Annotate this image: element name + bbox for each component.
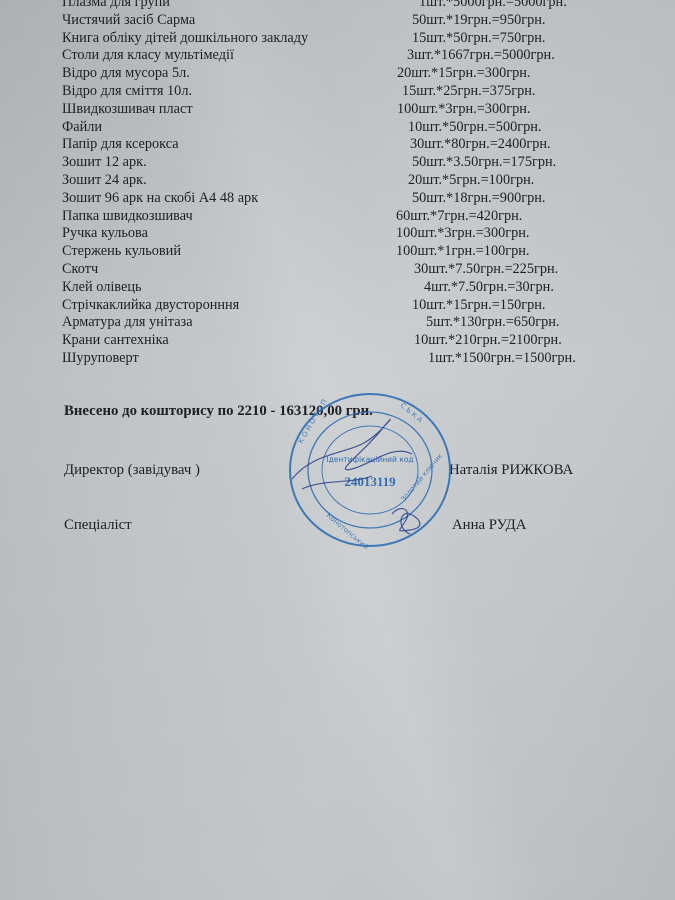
item-calculation: 3шт.*1667грн.=5000грн.	[407, 47, 555, 65]
specialist-name: Анна РУДА	[452, 517, 526, 534]
specialist-title: Спеціаліст	[64, 517, 132, 534]
item-name: Плазма для групи	[62, 0, 170, 12]
item-calculation: 100шт.*1грн.=100грн.	[396, 243, 529, 261]
item-name: Відро для мусора 5л.	[62, 65, 190, 83]
item-calculation: 30шт.*80грн.=2400грн.	[410, 136, 551, 154]
item-name: Скотч	[62, 261, 98, 279]
line-item: Арматура для унітаза5шт.*130грн.=650грн.	[62, 314, 602, 332]
item-name: Столи для класу мультімедії	[62, 47, 234, 65]
item-name: Папка швидкозшивач	[62, 208, 193, 226]
item-calculation: 10шт.*15грн.=150грн.	[412, 297, 545, 315]
item-calculation: 30шт.*7.50грн.=225грн.	[414, 261, 558, 279]
line-item: Стрічкаклийка двусторонння10шт.*15грн.=1…	[62, 297, 602, 315]
item-name: Книга обліку дітей дошкільного закладу	[62, 30, 308, 48]
line-item: Папір для ксерокса30шт.*80грн.=2400грн.	[62, 136, 602, 154]
item-name: Папір для ксерокса	[62, 136, 179, 154]
item-name: Клей олівець	[62, 279, 142, 297]
item-name: Файли	[62, 119, 102, 137]
svg-text:К О Н О Т О П: К О Н О Т О П	[297, 398, 329, 445]
item-calculation: 5шт.*130грн.=650грн.	[426, 314, 559, 332]
item-calculation: 20шт.*5грн.=100грн.	[408, 172, 534, 190]
item-name: Зошит 96 арк на скобі А4 48 арк	[62, 190, 258, 208]
item-calculation: 10шт.*210грн.=2100грн.	[414, 332, 562, 350]
line-item: Папка швидкозшивач60шт.*7грн.=420грн.	[62, 208, 602, 226]
stamp-label: Ідентифікаційний код	[326, 455, 413, 464]
item-name: Стержень кульовий	[62, 243, 181, 261]
item-name: Стрічкаклийка двусторонння	[62, 297, 239, 315]
svg-text:Конотопський: Конотопський	[325, 511, 370, 551]
item-calculation: 50шт.*19грн.=950грн.	[412, 12, 545, 30]
item-calculation: 50шт.*3.50грн.=175грн.	[412, 154, 556, 172]
item-name: Ручка кульова	[62, 225, 148, 243]
item-name: Арматура для унітаза	[62, 314, 193, 332]
item-calculation: 20шт.*15грн.=300грн.	[397, 65, 530, 83]
item-calculation: 50шт.*18грн.=900грн.	[412, 190, 545, 208]
line-item: Чистячий засіб Сарма50шт.*19грн.=950грн.	[62, 12, 602, 30]
director-title: Директор (завідувач )	[64, 462, 200, 479]
line-item: Зошит 12 арк.50шт.*3.50грн.=175грн.	[62, 154, 602, 172]
item-name: Зошит 12 арк.	[62, 154, 147, 172]
line-item: Зошит 96 арк на скобі А4 48 арк50шт.*18г…	[62, 190, 602, 208]
item-calculation: 1шт.*1500грн.=1500грн.	[428, 350, 576, 368]
item-calculation: 100шт.*3грн.=300грн.	[396, 225, 529, 243]
line-item: Відро для мусора 5л.20шт.*15грн.=300грн.	[62, 65, 602, 83]
line-item: Скотч30шт.*7.50грн.=225грн.	[62, 261, 602, 279]
item-calculation: 15шт.*50грн.=750грн.	[412, 30, 545, 48]
item-name: Чистячий засіб Сарма	[62, 12, 195, 30]
item-calculation: 100шт.*3грн.=300грн.	[397, 101, 530, 119]
line-item: Швидкозшивач пласт100шт.*3грн.=300грн.	[62, 101, 602, 119]
item-name: Відро для сміття 10л.	[62, 83, 192, 101]
item-name: Шуруповерт	[62, 350, 139, 368]
item-calculation: 4шт.*7.50грн.=30грн.	[424, 279, 554, 297]
line-item: Стержень кульовий100шт.*1грн.=100грн.	[62, 243, 602, 261]
item-calculation: 15шт.*25грн.=375грн.	[402, 83, 535, 101]
item-list: Плазма для групи1шт.*5000грн.=5000грн.Чи…	[62, 0, 602, 368]
line-item: Книга обліку дітей дошкільного закладу15…	[62, 30, 602, 48]
line-item: Відро для сміття 10л.15шт.*25грн.=375грн…	[62, 83, 602, 101]
line-item: Шуруповерт1шт.*1500грн.=1500грн.	[62, 350, 602, 368]
line-item: Файли10шт.*50грн.=500грн.	[62, 119, 602, 137]
line-item: Ручка кульова100шт.*3грн.=300грн.	[62, 225, 602, 243]
director-name: Наталія РИЖКОВА	[449, 462, 573, 479]
item-calculation: 1шт.*5000грн.=5000грн.	[419, 0, 567, 12]
line-item: Столи для класу мультімедії3шт.*1667грн.…	[62, 47, 602, 65]
official-stamp: К О Н О Т О П С Ь К А Конотопський Золот…	[282, 384, 462, 554]
line-item: Зошит 24 арк.20шт.*5грн.=100грн.	[62, 172, 602, 190]
item-calculation: 10шт.*50грн.=500грн.	[408, 119, 541, 137]
item-name: Крани сантехніка	[62, 332, 169, 350]
item-name: Швидкозшивач пласт	[62, 101, 193, 119]
line-item: Крани сантехніка10шт.*210грн.=2100грн.	[62, 332, 602, 350]
item-name: Зошит 24 арк.	[62, 172, 147, 190]
line-item: Плазма для групи1шт.*5000грн.=5000грн.	[62, 0, 602, 12]
item-calculation: 60шт.*7грн.=420грн.	[396, 208, 522, 226]
line-item: Клей олівець4шт.*7.50грн.=30грн.	[62, 279, 602, 297]
